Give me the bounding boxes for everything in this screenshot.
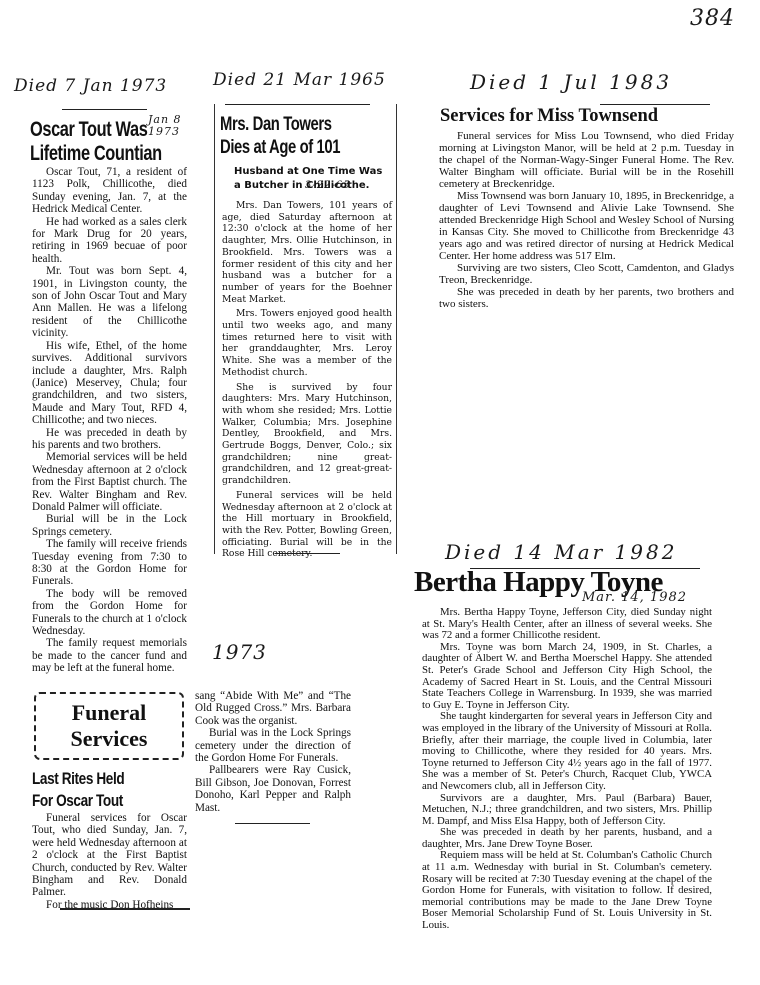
handwritten-margin-date: Jan 8 1973 <box>148 114 184 138</box>
handwritten-subdate: Mar. 14, 1982 <box>582 590 687 605</box>
handwritten-year: 1973 <box>212 640 267 664</box>
handwritten-subdate: 3-22-65 <box>305 180 351 191</box>
headline: Mrs. Dan Towers Dies at Age of 101 <box>220 113 340 159</box>
article-body: Mrs. Dan Towers, 101 years of age, died … <box>222 200 392 560</box>
article-body: Funeral services for Miss Lou Townsend, … <box>439 130 734 310</box>
article-body-col1: Funeral services for Oscar Tout, who die… <box>32 812 187 911</box>
divider <box>60 908 190 910</box>
funeral-services-box: Funeral Services <box>34 692 184 760</box>
handwritten-date: Died 14 Mar 1982 <box>445 540 677 564</box>
handwritten-date: Died 1 Jul 1983 <box>470 70 672 94</box>
divider <box>62 109 147 110</box>
clipping-edge-right <box>396 104 397 554</box>
handwritten-date: Died 7 Jan 1973 <box>14 76 167 96</box>
divider <box>235 823 310 824</box>
page-number-note: 384 <box>690 6 735 31</box>
headline: Services for Miss Townsend <box>440 105 658 127</box>
handwritten-date: Died 21 Mar 1965 <box>213 70 386 90</box>
article-body: Mrs. Bertha Happy Toyne, Jefferson City,… <box>422 607 712 932</box>
divider <box>225 104 370 105</box>
headline: Last Rites Held For Oscar Tout <box>32 768 124 812</box>
clipping-edge-left <box>214 104 215 554</box>
article-body: Oscar Tout, 71, a resident of 1123 Polk,… <box>32 166 187 675</box>
article-body-col2: sang “Abide With Me” and “The Old Rugged… <box>195 690 351 814</box>
headline: Oscar Tout Was Lifetime Countian <box>30 118 162 166</box>
divider <box>275 553 340 554</box>
